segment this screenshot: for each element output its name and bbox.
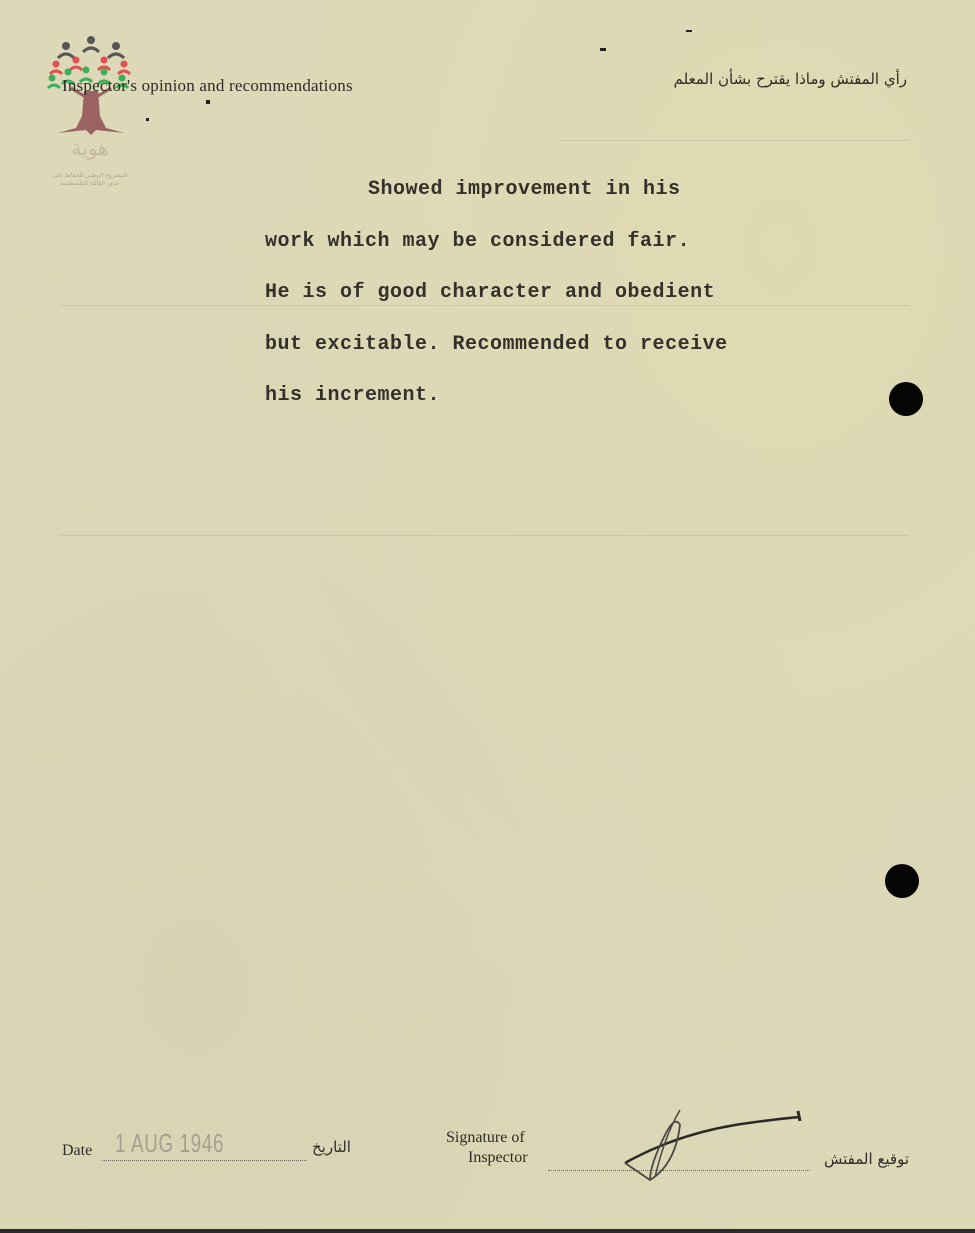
signature-label: Signature of Inspector — [446, 1128, 528, 1168]
signature-label-line: Signature of — [446, 1129, 525, 1146]
punch-hole — [889, 382, 923, 416]
ink-speck — [146, 118, 149, 121]
section-heading-en: Inspector's opinion and recommendations — [62, 76, 353, 96]
bleed-through-line — [560, 140, 910, 141]
scan-edge — [0, 1229, 975, 1233]
typed-line: his increment. — [265, 370, 728, 422]
ink-speck — [600, 48, 606, 51]
ink-speck — [686, 30, 692, 32]
date-dotted-line — [102, 1160, 307, 1161]
typed-line: work which may be considered fair. — [265, 216, 728, 268]
watermark-caption-line: جذور العائلة الفلسطينية — [40, 180, 140, 188]
tree-logo-watermark-icon — [46, 36, 136, 186]
watermark-caption: المشروع الوطني للحفاظ على جذور العائلة ا… — [40, 172, 140, 188]
signature-label-line: Inspector — [446, 1148, 528, 1168]
bleed-through-line — [60, 535, 910, 536]
signature-label-ar: توقيع المفتش — [824, 1150, 909, 1168]
typed-line: He is of good character and obedient — [265, 267, 728, 319]
watermark-word: هوية — [60, 136, 120, 160]
typed-line: Showed improvement in his — [265, 164, 728, 216]
ink-speck — [206, 100, 210, 104]
watermark-caption-line: المشروع الوطني للحفاظ على — [40, 172, 140, 180]
date-label: Date — [62, 1142, 92, 1160]
typed-line: but excitable. Recommended to receive — [265, 319, 728, 371]
section-heading-ar: رأي المفتش وماذا يقترح بشأن المعلم — [674, 70, 907, 88]
date-stamp: 1 AUG 1946 — [115, 1128, 224, 1159]
date-label-ar: التاريخ — [312, 1138, 351, 1156]
document-page: هوية المشروع الوطني للحفاظ على جذور العا… — [0, 0, 975, 1233]
handwritten-signature-icon — [615, 1105, 815, 1190]
punch-hole — [885, 864, 919, 898]
typed-recommendation: Showed improvement in his work which may… — [265, 164, 728, 422]
